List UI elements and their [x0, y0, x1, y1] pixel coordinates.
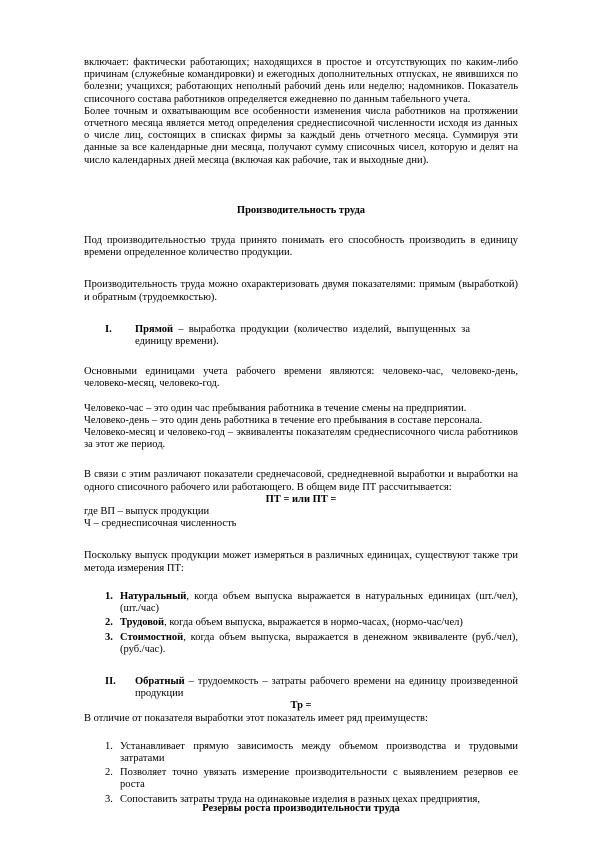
document-page: включает: фактически работающих; находящ… — [0, 0, 595, 842]
list-item-cost-method: 3. Стоимостной, когда объем выпуска, выр… — [84, 632, 518, 656]
paragraph-advantages-intro: В отличие от показателя выработки этот п… — [84, 713, 518, 725]
paragraph-pt-calculation: В связи с этим различают показатели сред… — [84, 469, 518, 493]
paragraph-two-indicators: Производительность труда можно охарактер… — [84, 279, 518, 303]
lead-term: Стоимостной — [120, 632, 183, 643]
item-text: Позволяет точно увязать измерение произв… — [120, 767, 518, 791]
list-number: 2. — [105, 617, 120, 629]
item-text: , когда объем выпуска, выражается в норм… — [164, 617, 463, 628]
list-item-natural-method: 1. Натуральный, когда объем выпуска выра… — [84, 591, 518, 615]
section-heading-reserves: Резервы роста производительности труда — [84, 803, 518, 814]
list-item-text: Обратный – трудоемкость – затраты рабоче… — [135, 676, 518, 700]
lead-term: Обратный — [135, 676, 185, 687]
paragraph-methods-intro: Поскольку выпуск продукции может измерят… — [84, 550, 518, 574]
paragraph-time-units: Основными единицами учета рабочего време… — [84, 366, 518, 390]
paragraph-man-month-year: Человеко-месяц и человеко-год – эквивале… — [84, 427, 518, 451]
list-number: 1. — [105, 741, 120, 765]
list-item-inverse-indicator: II. Обратный – трудоемкость – затраты ра… — [84, 676, 518, 700]
list-item-advantage-1: 1. Устанавливает прямую зависимость межд… — [84, 741, 518, 765]
lead-term: Натуральный — [120, 591, 186, 602]
list-item-labor-method: 2. Трудовой, когда объем выпуска, выража… — [84, 617, 518, 629]
item-text-b: единицу времени). — [135, 336, 219, 347]
list-number: 2. — [105, 767, 120, 791]
item-text: – трудоемкость – затраты рабочего времен… — [135, 676, 518, 699]
list-number: 3. — [105, 632, 120, 656]
formula-pt: ПТ = или ПТ = — [84, 494, 518, 506]
formula-pt-note-ch: Ч – среднесписочная численность — [84, 518, 518, 530]
paragraph-man-hour: Человеко-час – это один час пребывания р… — [84, 403, 518, 415]
paragraph-list-composition: включает: фактически работающих; находящ… — [84, 57, 518, 106]
list-item-text: Прямой – выработка продукции (количество… — [135, 324, 518, 348]
list-number: 1. — [105, 591, 120, 615]
formula-pt-note-vp: где ВП – выпуск продукции — [84, 506, 518, 518]
roman-numeral: II. — [84, 676, 135, 700]
roman-numeral: I. — [84, 324, 135, 348]
list-measurement-methods: 1. Натуральный, когда объем выпуска выра… — [84, 591, 518, 656]
item-text-a: – выработка продукции (количество издели… — [173, 324, 470, 335]
list-advantages: 1. Устанавливает прямую зависимость межд… — [84, 741, 518, 806]
paragraph-average-headcount: Более точным и охватывающим все особенно… — [84, 106, 518, 167]
list-item-direct-indicator: I. Прямой – выработка продукции (количес… — [84, 324, 518, 348]
list-item-advantage-2: 2. Позволяет точно увязать измерение про… — [84, 767, 518, 791]
lead-term: Прямой — [135, 324, 173, 335]
item-text: Устанавливает прямую зависимость между о… — [120, 741, 518, 765]
paragraph-man-day: Человеко-день – это один день работника … — [84, 415, 518, 427]
paragraph-productivity-definition: Под производительностью труда принято по… — [84, 235, 518, 259]
document-content: включает: фактически работающих; находящ… — [84, 57, 518, 806]
formula-tr: Тр = — [84, 700, 518, 712]
lead-term: Трудовой — [120, 617, 164, 628]
section-heading-productivity: Производительность труда — [84, 205, 518, 217]
